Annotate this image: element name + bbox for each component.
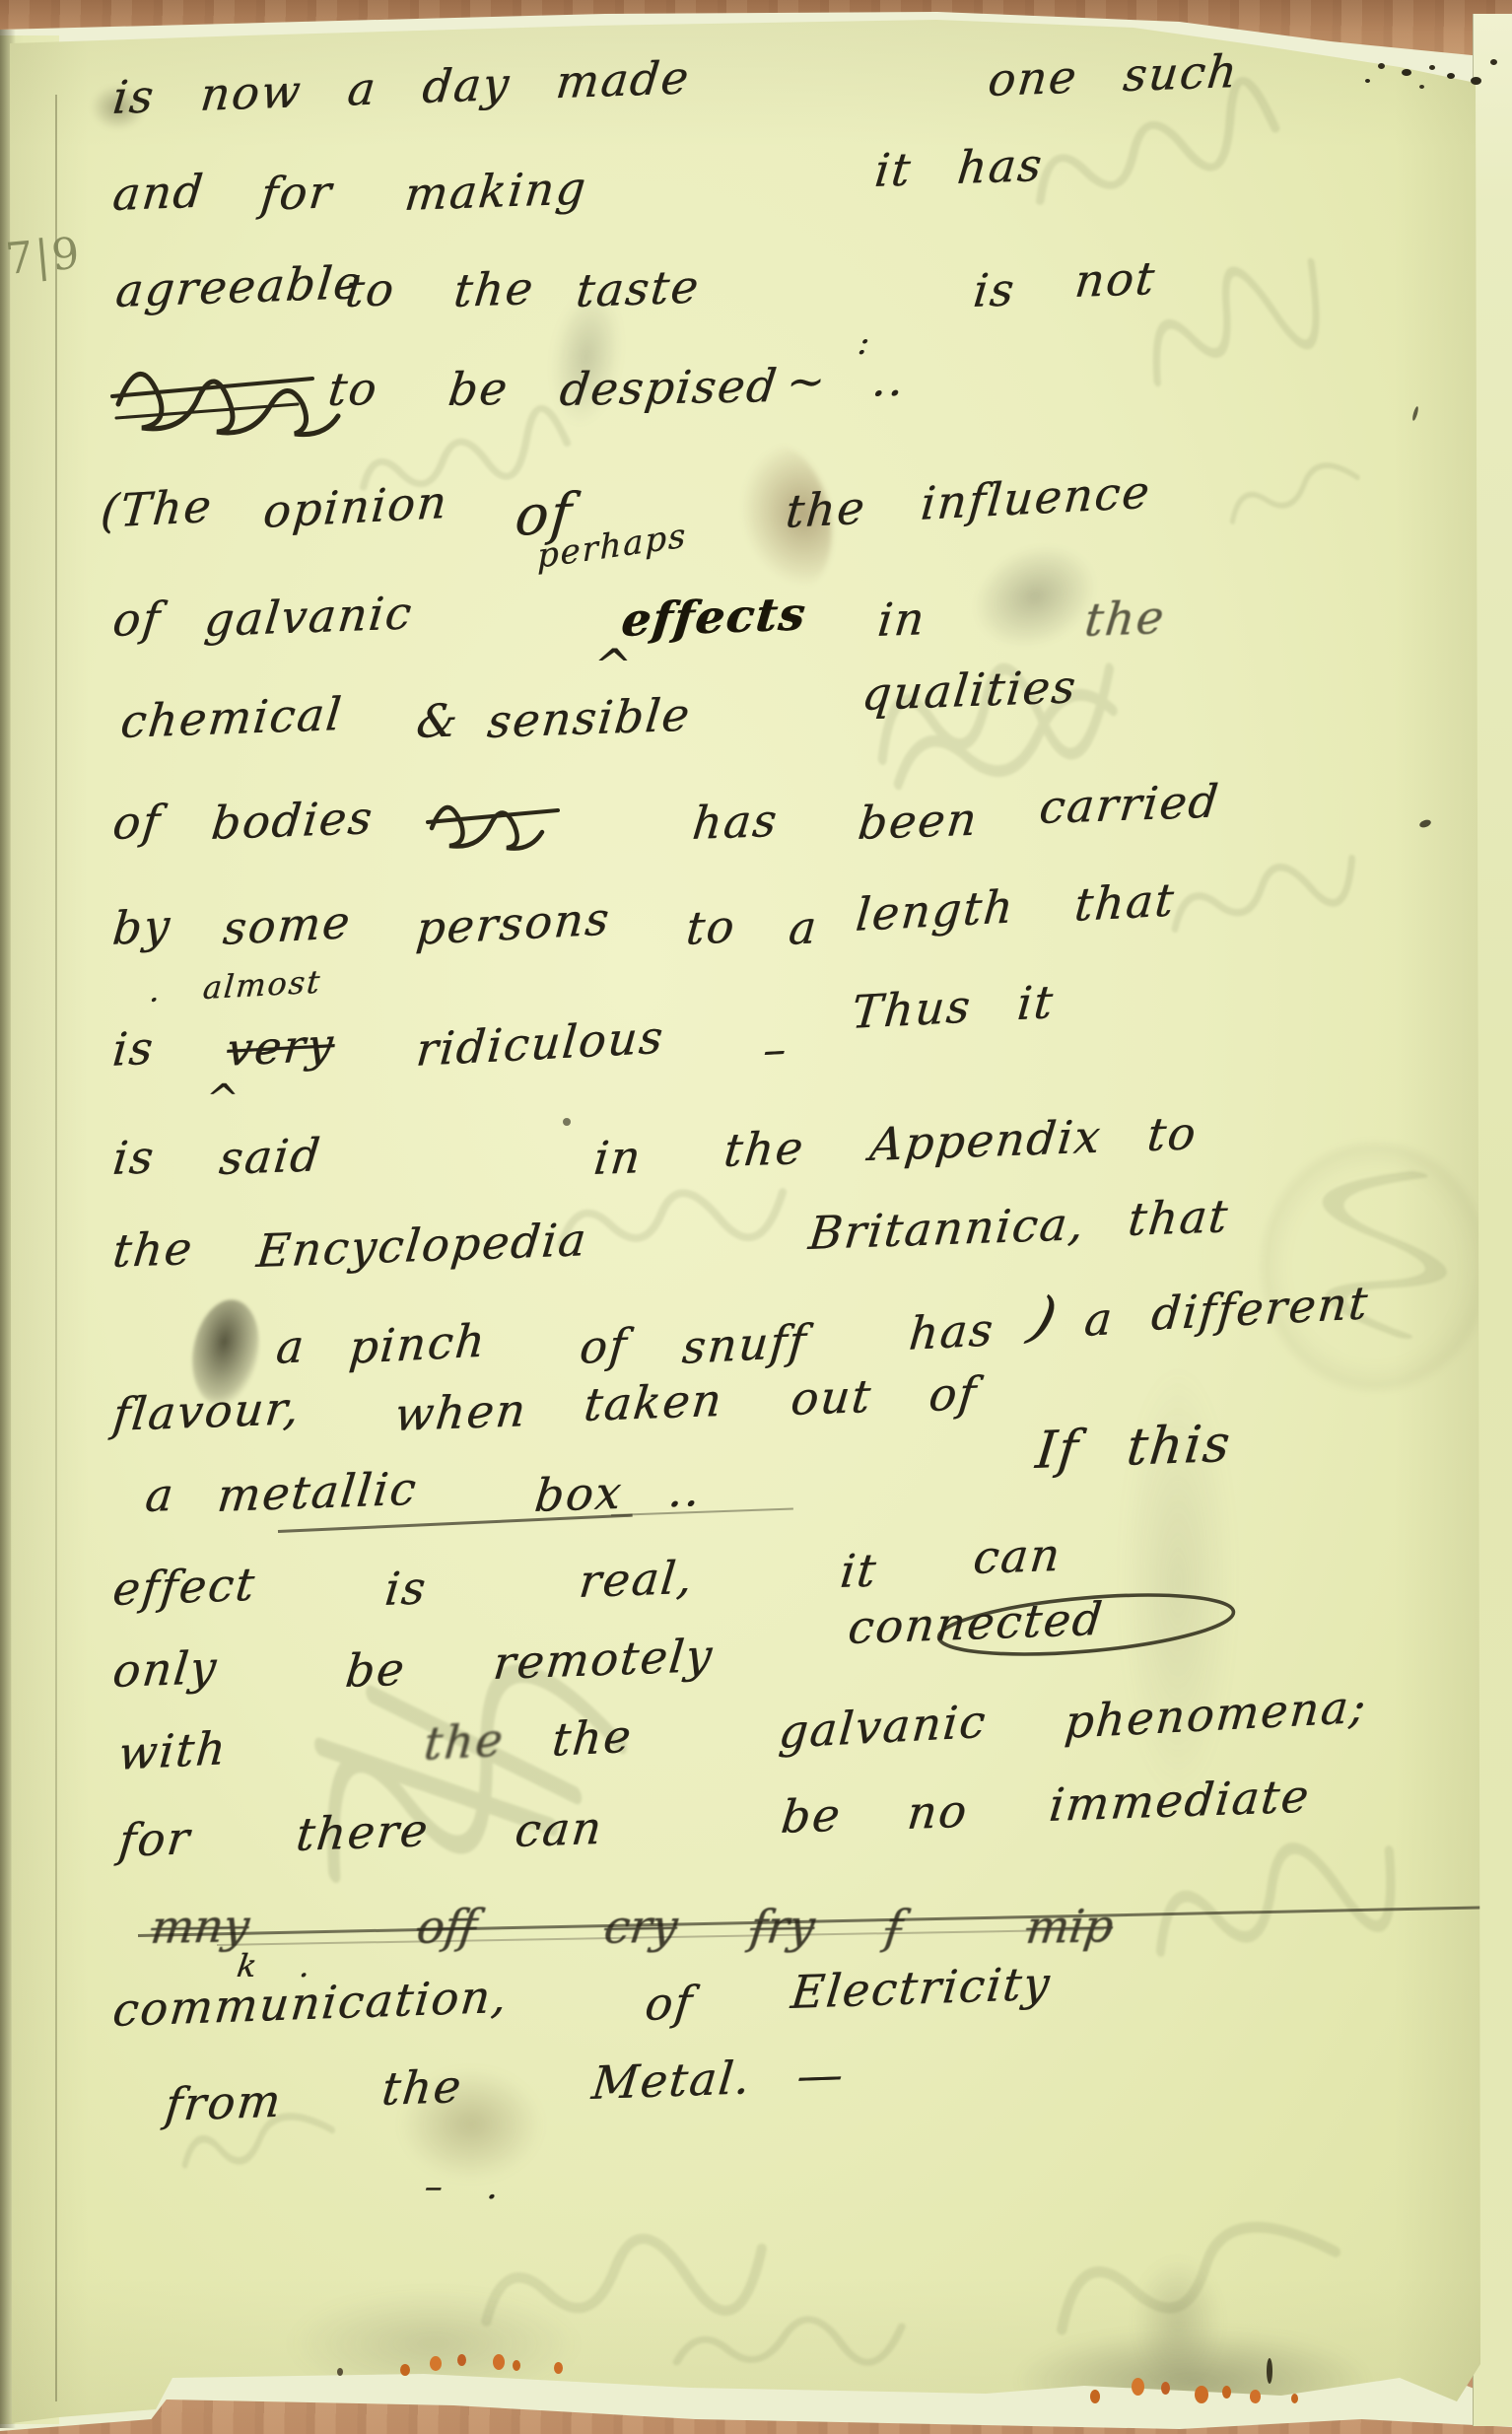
handwritten-text: taste [574, 259, 703, 317]
handwritten-text: Appendix to [867, 1106, 1200, 1171]
handwritten-text: carried [1037, 774, 1222, 834]
handwritten-text: persons [414, 891, 613, 955]
handwritten-text: for [258, 165, 335, 221]
handwritten-text: effect [110, 1558, 258, 1616]
handwritten-text: it [838, 1543, 880, 1598]
handwritten-text: has [907, 1302, 997, 1360]
handwritten-text: to [684, 899, 738, 955]
handwritten-text: to [343, 262, 398, 317]
handwritten-text: mip [1023, 1899, 1116, 1954]
handwritten-text: the [1082, 591, 1168, 647]
handwritten-text: a [143, 1468, 177, 1522]
handwritten-text: ^ [589, 639, 637, 692]
handwritten-text: galvanic [202, 586, 416, 647]
handwritten-text: phenomena; [1063, 1680, 1369, 1749]
handwritten-text: no [905, 1784, 971, 1840]
handwritten-text: one such [986, 44, 1241, 106]
handwriting-layer: is now a day madeone suchandformakingit … [0, 0, 1512, 2434]
handwritten-text: said [217, 1128, 324, 1185]
handwritten-text: galvanic [777, 1695, 990, 1759]
handwritten-text: f [882, 1901, 906, 1954]
handwritten-text: of [110, 795, 164, 850]
handwritten-text: Electricity [789, 1957, 1054, 2019]
handwritten-text: the [110, 1221, 196, 1278]
handwritten-text: there [294, 1803, 432, 1861]
handwritten-text: with [116, 1721, 230, 1780]
handwritten-text: can [971, 1528, 1064, 1584]
handwritten-text: very [225, 1017, 337, 1077]
handwritten-text: Thus it [850, 975, 1057, 1039]
handwritten-text: to [325, 362, 381, 416]
handwritten-text: for [116, 1811, 193, 1867]
handwritten-text: pinch [347, 1313, 489, 1374]
handwritten-text: agreeable [113, 255, 366, 317]
handwritten-text: immediate [1047, 1770, 1313, 1832]
handwritten-text: has [690, 794, 781, 850]
handwritten-text: real, [577, 1551, 697, 1608]
handwritten-text: of [643, 1976, 696, 2031]
handwritten-text: and [110, 165, 207, 221]
handwritten-text: is [110, 1020, 157, 1077]
handwritten-text: be [446, 362, 512, 416]
handwritten-text: ^ [202, 1077, 243, 1122]
handwritten-text: length [854, 879, 1017, 941]
handwritten-text: a [1082, 1291, 1116, 1347]
handwritten-text: by [110, 899, 173, 955]
handwritten-text: of [578, 1318, 630, 1374]
handwritten-text: off [414, 1900, 480, 1954]
handwritten-text: out [789, 1369, 874, 1426]
handwritten-text: cry [601, 1900, 680, 1954]
handwritten-text: & [414, 693, 462, 748]
handwritten-text: is [971, 262, 1018, 317]
handwritten-text: a [787, 900, 820, 955]
handwritten-text: qualities [859, 660, 1080, 721]
handwritten-text: snuff [680, 1314, 810, 1374]
handwritten-text: box .. [532, 1463, 705, 1522]
handwritten-text: the [422, 1712, 507, 1771]
handwritten-text: chemical [118, 687, 345, 748]
handwritten-text: can [513, 1801, 605, 1857]
handwritten-text: in [591, 1130, 645, 1185]
handwritten-text: . almost [148, 963, 323, 1009]
handwritten-text: of [513, 482, 576, 549]
handwritten-text: Encyclopedia [254, 1213, 590, 1278]
handwritten-text: ) [1023, 1284, 1065, 1352]
handwritten-text: communication, [110, 1970, 511, 2037]
handwritten-text: some [221, 895, 354, 955]
handwritten-text: the [451, 261, 537, 317]
handwritten-text: Britannica, [806, 1197, 1088, 1260]
handwritten-text: not [1072, 251, 1158, 308]
handwritten-text: metallic [215, 1462, 420, 1522]
handwritten-text: in [875, 591, 928, 647]
handwritten-text: effects [619, 587, 809, 647]
handwritten-text: is [382, 1561, 430, 1616]
handwritten-text: when [392, 1383, 529, 1441]
manuscript-page: is now a day madeone suchandformakingit … [0, 0, 1512, 2434]
handwritten-text: is now a day made [110, 50, 693, 124]
handwritten-text: fry [747, 1900, 818, 1954]
photograph-of-manuscript: 7|9 [0, 0, 1512, 2434]
handwritten-text: connected [846, 1592, 1106, 1654]
handwritten-text: it has [872, 138, 1046, 197]
handwritten-text: the [784, 480, 868, 538]
handwritten-text: despised [557, 359, 781, 416]
handwritten-text: a [274, 1319, 308, 1374]
handwritten-text: only [110, 1640, 221, 1698]
handwritten-text: the [379, 2059, 465, 2116]
handwritten-text: bodies [209, 791, 377, 850]
handwritten-text: (The [99, 479, 215, 538]
handwritten-text: flavour, [110, 1381, 304, 1441]
handwritten-text: Metal. — [589, 2048, 848, 2110]
handwritten-text: from [163, 2074, 285, 2131]
handwritten-text: If this [1033, 1415, 1234, 1481]
handwritten-text: be [343, 1642, 408, 1698]
handwritten-text: sensible [485, 688, 694, 748]
handwritten-text: the [550, 1708, 635, 1767]
handwritten-text: is [110, 1130, 158, 1185]
handwritten-text: – . [422, 2167, 504, 2207]
handwritten-text: influence [919, 464, 1153, 530]
handwritten-text: taken [582, 1373, 725, 1431]
handwritten-text: of [927, 1366, 980, 1422]
handwritten-text: ~ .. [784, 353, 909, 408]
handwritten-text: ridiculous [414, 1009, 666, 1077]
handwritten-text: the [722, 1121, 807, 1177]
handwritten-text: been [856, 793, 981, 850]
handwritten-text: remotely [491, 1629, 717, 1690]
handwritten-text: opinion [261, 475, 450, 538]
handwritten-text: mny [148, 1899, 252, 1954]
handwritten-text: that [1072, 872, 1178, 932]
folio-page-mark: 7|9 [4, 228, 84, 285]
handwritten-text: making [402, 161, 589, 221]
handwritten-text: be [779, 1788, 844, 1843]
handwritten-text: of [110, 591, 164, 647]
handwritten-text: – [761, 1021, 790, 1077]
handwritten-text: different [1149, 1276, 1371, 1341]
handwritten-text: that [1126, 1189, 1232, 1246]
